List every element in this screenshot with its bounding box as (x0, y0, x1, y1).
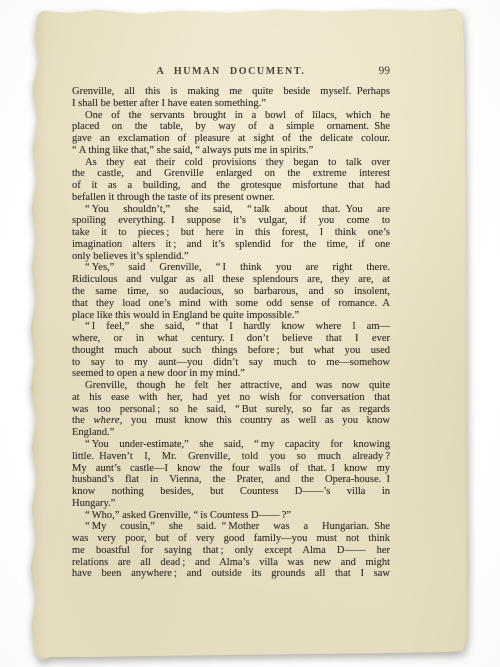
text-line: Grenville, though he felt her attractive… (72, 380, 390, 392)
text-line: “ I feel,” she said, “ that I hardly kno… (72, 321, 390, 333)
text-line: where, or in what century. I don’t belie… (72, 333, 390, 345)
text-line: the where, you must know this country as… (72, 415, 390, 427)
text-column: Grenville, all this is making me quite b… (72, 86, 390, 580)
text-line: was too personal ; so he said, “ But sur… (72, 404, 390, 416)
text-line: have been anywhere ; and outside its gro… (72, 568, 390, 580)
text-line: the same time, so audacious, so barbarou… (72, 286, 390, 298)
text-line: One of the servants brought in a bowl of… (72, 110, 390, 122)
photo-background: A HUMAN DOCUMENT. 99 Grenville, all this… (0, 0, 500, 667)
running-title: A HUMAN DOCUMENT. (72, 66, 390, 77)
text-line: seemed to open a new door in my mind.” (72, 368, 390, 380)
text-line: spoiling everything. I suppose it’s vulg… (72, 215, 390, 227)
text-line: only believes it’s splendid.” (72, 251, 390, 263)
text-line: relations are all dead ; and Alma’s vill… (72, 557, 390, 569)
text-line: My aunt’s castle—I know the four walls o… (72, 463, 390, 475)
page-header: A HUMAN DOCUMENT. 99 (72, 66, 390, 80)
text-line: “ My cousin,” she said. “ Mother was a H… (72, 521, 390, 533)
text-line: “ You under-estimate,” she said, “ my ca… (72, 439, 390, 451)
text-line: Grenville, all this is making me quite b… (72, 86, 390, 98)
text-line: place like this would in England be quit… (72, 310, 390, 322)
page-shadow: A HUMAN DOCUMENT. 99 Grenville, all this… (0, 0, 500, 667)
text-line: husband’s flat in Vienna, the Prater, an… (72, 474, 390, 486)
text-line: “ You shouldn’t,” she said, “ talk about… (72, 204, 390, 216)
text-line: imagination alters it ; and it’s splendi… (72, 239, 390, 251)
text-line: at his ease with her, had yet no wish fo… (72, 392, 390, 404)
text-line: I shall be better after I have eaten som… (72, 98, 390, 110)
text-line: little. Haven’t I, Mr. Grenville, told y… (72, 451, 390, 463)
text-line: “ A thing like that,” she said, “ always… (72, 145, 390, 157)
text-line: me boastful for saying that ; only excep… (72, 545, 390, 557)
page-number: 99 (379, 65, 391, 77)
text-line: take it to pieces ; but here in this for… (72, 227, 390, 239)
text-line: was very poor, but of very good family—y… (72, 533, 390, 545)
text-line: Ridiculous and vulgar as all these splen… (72, 274, 390, 286)
text-line: As they eat their cold provisions they b… (72, 157, 390, 169)
text-line: Hungary.” (72, 498, 390, 510)
book-page: A HUMAN DOCUMENT. 99 Grenville, all this… (28, 6, 470, 661)
text-line: “ Who,” asked Grenville, “ is Countess D… (72, 510, 390, 522)
text-line: know nothing besides, but Countess D——’s… (72, 486, 390, 498)
text-line: gave an exclamation of pleasure at sight… (72, 133, 390, 145)
text-line: that they load one’s mind with some odd … (72, 298, 390, 310)
text-line: of it as a building, and the grotesque m… (72, 180, 390, 192)
text-line: the castle, and Grenville enlarged on th… (72, 168, 390, 180)
text-line: thought much about such things before ; … (72, 345, 390, 357)
text-line: placed on the table, by way of a simple … (72, 121, 390, 133)
text-line: to say to my aunt—you didn’t say much to… (72, 357, 390, 369)
text-line: befallen it through the taste of its pre… (72, 192, 390, 204)
text-line: England.” (72, 427, 390, 439)
text-line: “ Yes,” said Grenville, “ I think you ar… (72, 262, 390, 274)
